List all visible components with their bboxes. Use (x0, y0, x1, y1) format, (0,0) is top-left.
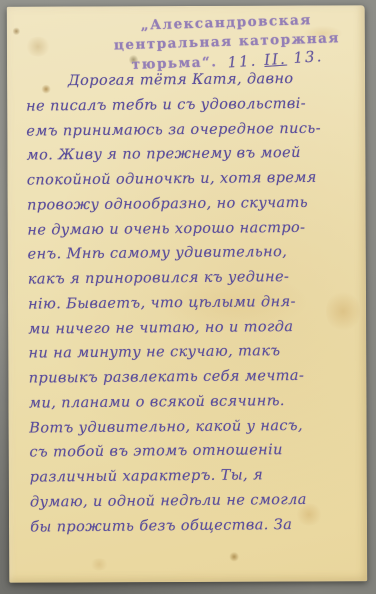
letter-line: съ тобой въ этомъ отношеніи (29, 438, 361, 466)
letter-line: ни на минуту не скучаю, такъ (28, 339, 360, 367)
letter-paper: „Александровская центральная каторжная т… (7, 5, 368, 583)
letter-line: какъ я приноровился къ уедине- (28, 264, 360, 292)
letter-line: ми ничего не читаю, но и тогда (28, 314, 360, 342)
letter-line: бы прожить безъ общества. За (30, 512, 362, 540)
letter-line: Дорогая тётя Катя, давно (26, 66, 358, 94)
paper-stain (89, 558, 109, 570)
paper-stain (25, 37, 51, 57)
date-year: 13. (293, 47, 324, 67)
letter-line: Вотъ удивительно, какой у насъ, (29, 413, 361, 441)
letter-line: привыкъ развлекать себя мечта- (29, 363, 361, 391)
paper-stain (229, 552, 239, 562)
date-month: II. (263, 50, 287, 69)
letter-line: мо. Живу я по прежнему въ моей (27, 141, 359, 169)
letter-line: енъ. Мнѣ самому удивительно, (27, 240, 359, 268)
letter-body: Дорогая тётя Катя, давно не писалъ тебѣ … (26, 66, 362, 539)
letter-line: различный характеръ. Ты, я (30, 462, 362, 490)
letter-line: не писалъ тебѣ и съ удовольстві- (26, 91, 358, 119)
paper-stain (13, 27, 20, 36)
letter-line: ми, планами о всякой всячинѣ. (29, 388, 361, 416)
letter-line: думаю, и одной недѣли не смогла (30, 487, 362, 515)
letter-line: нію. Бываетъ, что цѣлыми дня- (28, 289, 360, 317)
letter-line: провожу однообразно, но скучать (27, 190, 359, 218)
letter-line: емъ принимаюсь за очередное пись- (26, 116, 358, 144)
photo-background: „Александровская центральная каторжная т… (0, 0, 376, 594)
prison-stamp: „Александровская центральная каторжная т… (106, 10, 348, 76)
letter-line: спокойной одиночкѣ и, хотя время (27, 165, 359, 193)
letter-line: не думаю и очень хорошо настро- (27, 215, 359, 243)
